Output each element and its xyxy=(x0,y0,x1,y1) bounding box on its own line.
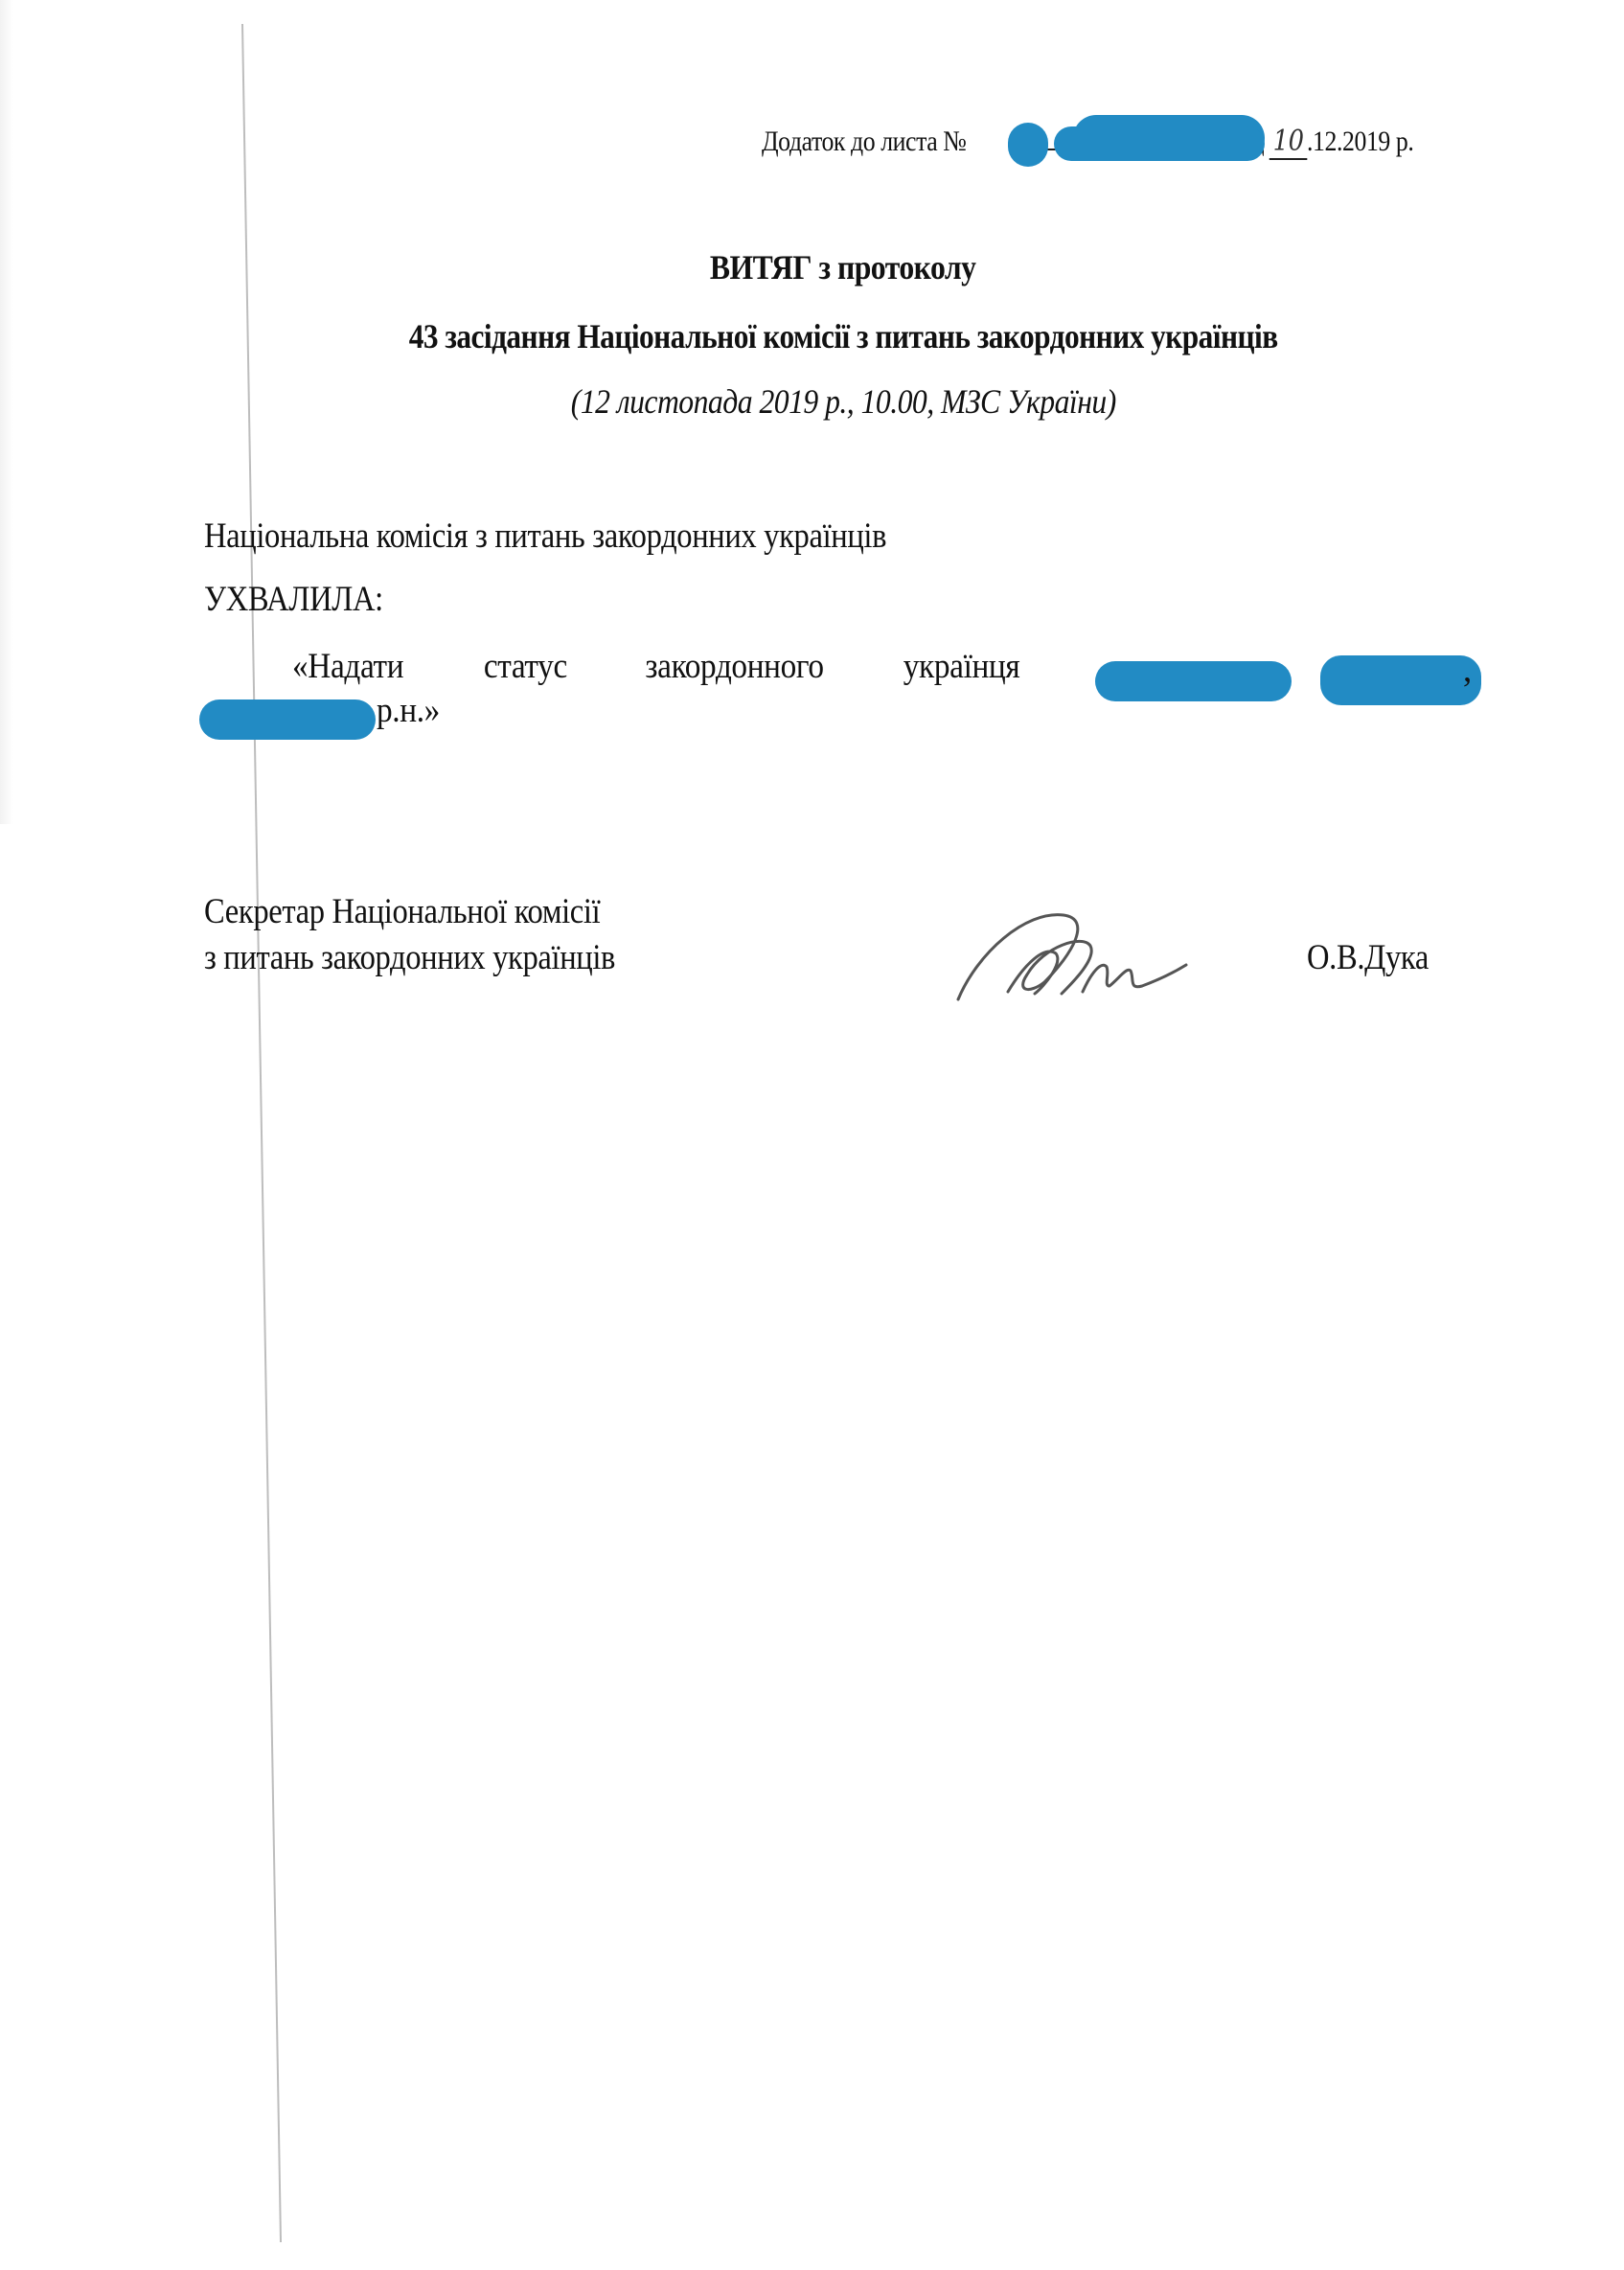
comma: , xyxy=(1463,650,1472,691)
handwritten-signature xyxy=(939,886,1188,1006)
handwritten-day: 10 xyxy=(1269,125,1307,160)
document-title: ВИТЯГ з протоколу xyxy=(0,247,1624,287)
decision-word: українця xyxy=(903,646,1020,687)
date-suffix: .12.2019 р. xyxy=(1307,126,1413,157)
decision-word: закордонного xyxy=(645,646,823,687)
secretary-title-line-2: з питань закордонних українців xyxy=(204,937,672,978)
redaction-mark xyxy=(1095,661,1292,701)
meeting-title: 43 засідання Національної комісії з пита… xyxy=(0,316,1624,356)
decision-word: статус xyxy=(484,646,567,687)
decided-label: УХВАЛИЛА: xyxy=(204,579,407,620)
redaction-mark xyxy=(199,699,376,740)
signer-name: О.В.Дука xyxy=(1307,937,1445,978)
decision-text-line-1: «Надати статус закордонного українця xyxy=(292,646,1473,687)
redaction-mark xyxy=(1320,655,1481,705)
meeting-details: (12 листопада 2019 р., 10.00, МЗС Україн… xyxy=(0,381,1624,422)
redaction-mark xyxy=(1054,126,1265,161)
redaction-mark xyxy=(1008,123,1048,167)
decision-text-line-2: р.н.» xyxy=(377,690,446,731)
appendix-prefix: Додаток до листа № xyxy=(762,126,966,157)
secretary-title-line-1: Секретар Національної комісії xyxy=(204,891,654,932)
decision-word: «Надати xyxy=(292,646,403,687)
commission-name: Національна комісія з питань закордонних… xyxy=(204,516,979,557)
